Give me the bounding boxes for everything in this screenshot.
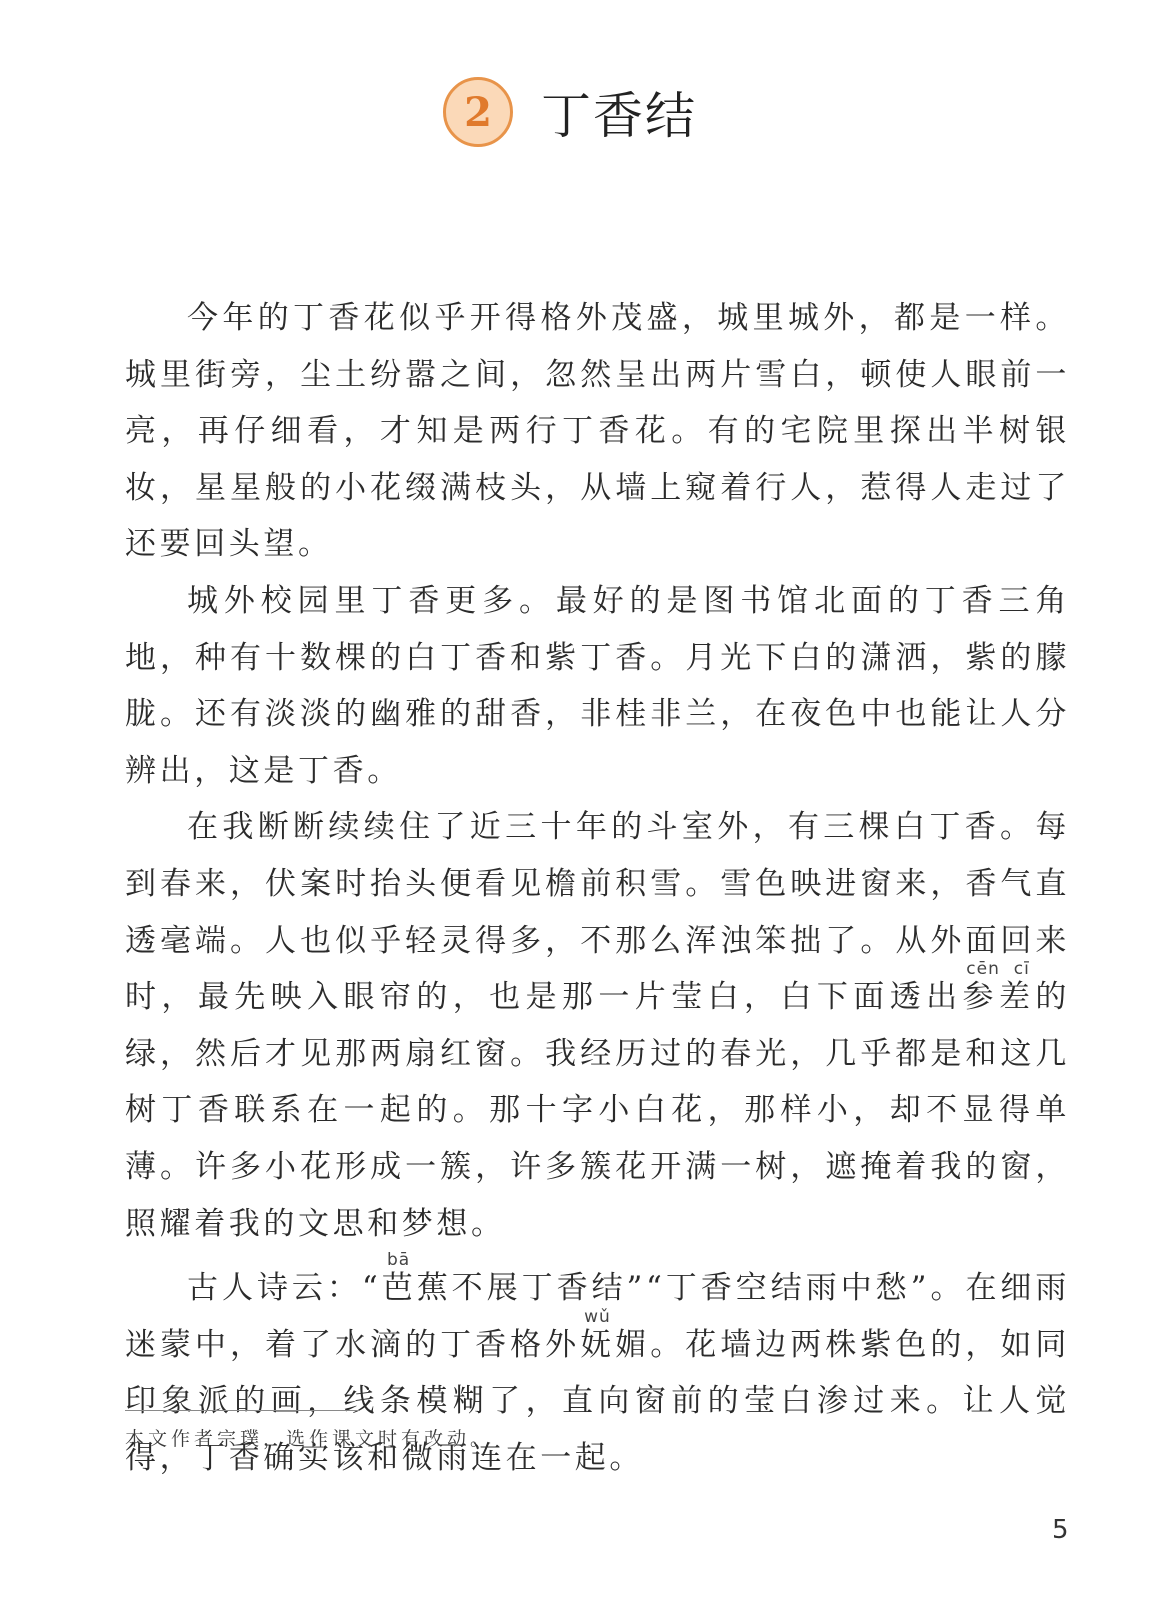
paragraph-text: 古人诗云：“ [187, 1270, 381, 1306]
lesson-header: 2 丁香结 [0, 72, 1170, 152]
pinyin-annotated-word: 妩wǔ [580, 1327, 615, 1363]
paragraph-text: 在我断断续续住了近三十年的斗室外，有三棵白丁香。每到春来，伏案时抬头便看见檐前积… [125, 809, 1070, 1015]
lesson-title: 丁香结 [541, 76, 697, 148]
pinyin-annotated-word: 芭bā [381, 1270, 416, 1306]
pinyin-label: cēn cī [963, 959, 1034, 979]
footnote-divider [125, 1410, 360, 1411]
paragraph-2: 城外校园里丁香更多。最好的是图书馆北面的丁香三角地，种有十数棵的白丁香和紫丁香。… [125, 573, 1070, 799]
page-number: 5 [1052, 1515, 1069, 1545]
lesson-number-badge: 2 [443, 77, 513, 147]
paragraph-text: 今年的丁香花似乎开得格外茂盛，城里城外，都是一样。城里街旁，尘土纷嚣之间，忽然呈… [125, 300, 1070, 562]
pinyin-annotated-word: 参差cēn cī [963, 979, 1036, 1015]
lesson-number: 2 [464, 89, 492, 136]
article-body: 今年的丁香花似乎开得格外茂盛，城里城外，都是一样。城里街旁，尘土纷嚣之间，忽然呈… [125, 290, 1070, 1486]
paragraph-text: 城外校园里丁香更多。最好的是图书馆北面的丁香三角地，种有十数棵的白丁香和紫丁香。… [125, 583, 1070, 789]
pinyin-label: bā [381, 1250, 416, 1270]
paragraph-3: 在我断断续续住了近三十年的斗室外，有三棵白丁香。每到春来，伏案时抬头便看见檐前积… [125, 799, 1070, 1252]
paragraph-text: 的绿，然后才见那两扇红窗。我经历过的春光，几乎都是和这几树丁香联系在一起的。那十… [125, 979, 1070, 1241]
paragraph-1: 今年的丁香花似乎开得格外茂盛，城里城外，都是一样。城里街旁，尘土纷嚣之间，忽然呈… [125, 290, 1070, 573]
footnote: 本文作者宗璞，选作课文时有改动。 [125, 1424, 493, 1451]
pinyin-label: wǔ [580, 1307, 615, 1327]
paragraph-4: 古人诗云：“芭bā蕉不展丁香结”“丁香空结雨中愁”。在细雨迷蒙中，着了水滴的丁香… [125, 1252, 1070, 1486]
